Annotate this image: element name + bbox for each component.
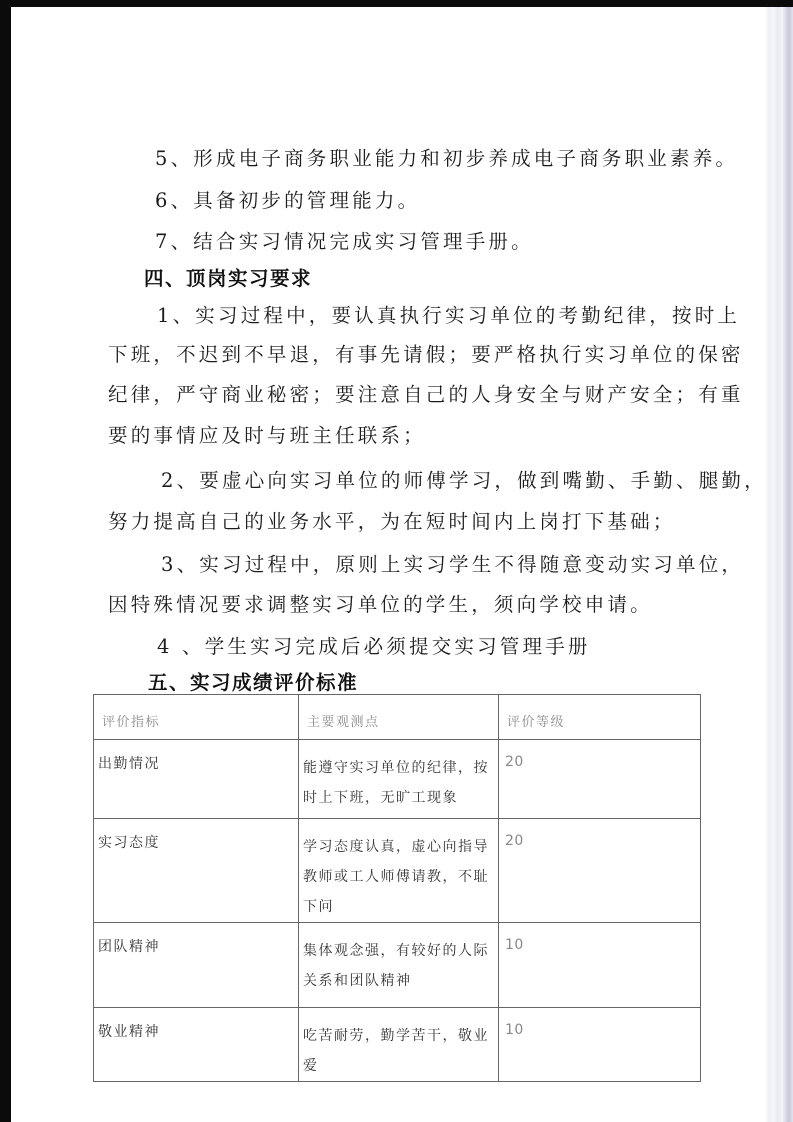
- requirement-2-line-1: 2、要虚心向实习单位的师傅学习，做到嘴勤、手勤、腿勤，: [161, 465, 767, 493]
- header-indicator: 评价指标: [94, 695, 299, 740]
- list-item-7: 7、结合实习情况完成实习管理手册。: [155, 226, 534, 254]
- requirement-3-line-2: 因特殊情况要求调整实习单位的学生，须向学校申请。: [108, 589, 653, 617]
- grade-cell: 10: [499, 923, 701, 1008]
- header-grade: 评价等级: [499, 695, 701, 740]
- observation-cell: 学习态度认真，虚心向指导教师或工人师傅请教，不耻下问: [299, 819, 499, 923]
- indicator-cell: 敬业精神: [94, 1008, 299, 1082]
- table-row: 团队精神 集体观念强，有较好的人际关系和团队精神 10: [94, 923, 701, 1008]
- header-observation-label: 主要观测点: [299, 695, 498, 730]
- table-row: 出勤情况 能遵守实习单位的纪律，按时上下班，无旷工现象 20: [94, 740, 701, 819]
- observation-text: 吃苦耐劳，勤学苦干，敬业爱: [299, 1008, 498, 1081]
- header-indicator-label: 评价指标: [94, 695, 298, 730]
- grade-cell: 20: [499, 819, 701, 923]
- scan-border-left: [0, 0, 11, 1122]
- observation-cell: 能遵守实习单位的纪律，按时上下班，无旷工现象: [299, 740, 499, 819]
- grade-cell: 20: [499, 740, 701, 819]
- requirement-1-line-3: 纪律，严守商业秘密；要注意自己的人身安全与财产安全；有重: [108, 379, 744, 407]
- requirement-3-line-1: 3、实习过程中，原则上实习学生不得随意变动实习单位，: [161, 549, 744, 577]
- table-row: 实习态度 学习态度认真，虚心向指导教师或工人师傅请教，不耻下问 20: [94, 819, 701, 923]
- indicator-text: 实习态度: [94, 819, 298, 852]
- scan-edge-right: [765, 7, 793, 1122]
- observation-text: 能遵守实习单位的纪律，按时上下班，无旷工现象: [299, 740, 498, 813]
- table-header-row: 评价指标 主要观测点 评价等级: [94, 695, 701, 740]
- observation-text: 集体观念强，有较好的人际关系和团队精神: [299, 923, 498, 996]
- grade-value: 20: [499, 819, 700, 849]
- indicator-text: 敬业精神: [94, 1008, 298, 1041]
- indicator-text: 团队精神: [94, 923, 298, 956]
- requirement-1-line-4: 要的事情应及时与班主任联系；: [108, 420, 426, 448]
- section-4-heading: 四、顶岗实习要求: [144, 263, 312, 291]
- header-grade-label: 评价等级: [499, 695, 700, 730]
- grade-value: 10: [499, 923, 700, 953]
- grade-cell: 10: [499, 1008, 701, 1082]
- header-observation: 主要观测点: [299, 695, 499, 740]
- indicator-cell: 出勤情况: [94, 740, 299, 819]
- table-row: 敬业精神 吃苦耐劳，勤学苦干，敬业爱 10: [94, 1008, 701, 1082]
- section-5-heading: 五、实习成绩评价标准: [148, 667, 358, 695]
- grade-value: 10: [499, 1008, 700, 1038]
- observation-cell: 吃苦耐劳，勤学苦干，敬业爱: [299, 1008, 499, 1082]
- list-item-6: 6、具备初步的管理能力。: [155, 185, 420, 213]
- requirement-1-line-1: 1、实习过程中，要认真执行实习单位的考勤纪律，按时上: [157, 300, 740, 328]
- grade-value: 20: [499, 740, 700, 770]
- scan-border-top: [0, 0, 793, 7]
- observation-cell: 集体观念强，有较好的人际关系和团队精神: [299, 923, 499, 1008]
- requirement-1-line-2: 下班，不迟到不早退，有事先请假；要严格执行实习单位的保密: [108, 339, 744, 367]
- indicator-cell: 实习态度: [94, 819, 299, 923]
- requirement-2-line-2: 努力提高自己的业务水平，为在短时间内上岗打下基础；: [108, 506, 676, 534]
- list-item-5: 5、形成电子商务职业能力和初步养成电子商务职业素养。: [155, 143, 738, 171]
- observation-text: 学习态度认真，虚心向指导教师或工人师傅请教，不耻下问: [299, 819, 498, 922]
- evaluation-criteria-table: 评价指标 主要观测点 评价等级 出勤情况 能遵守实习单位的纪律，按时上下班，无旷…: [93, 694, 701, 1082]
- indicator-text: 出勤情况: [94, 740, 298, 773]
- requirement-4-line-1: 4 、学生实习完成后必须提交实习管理手册: [157, 631, 591, 659]
- indicator-cell: 团队精神: [94, 923, 299, 1008]
